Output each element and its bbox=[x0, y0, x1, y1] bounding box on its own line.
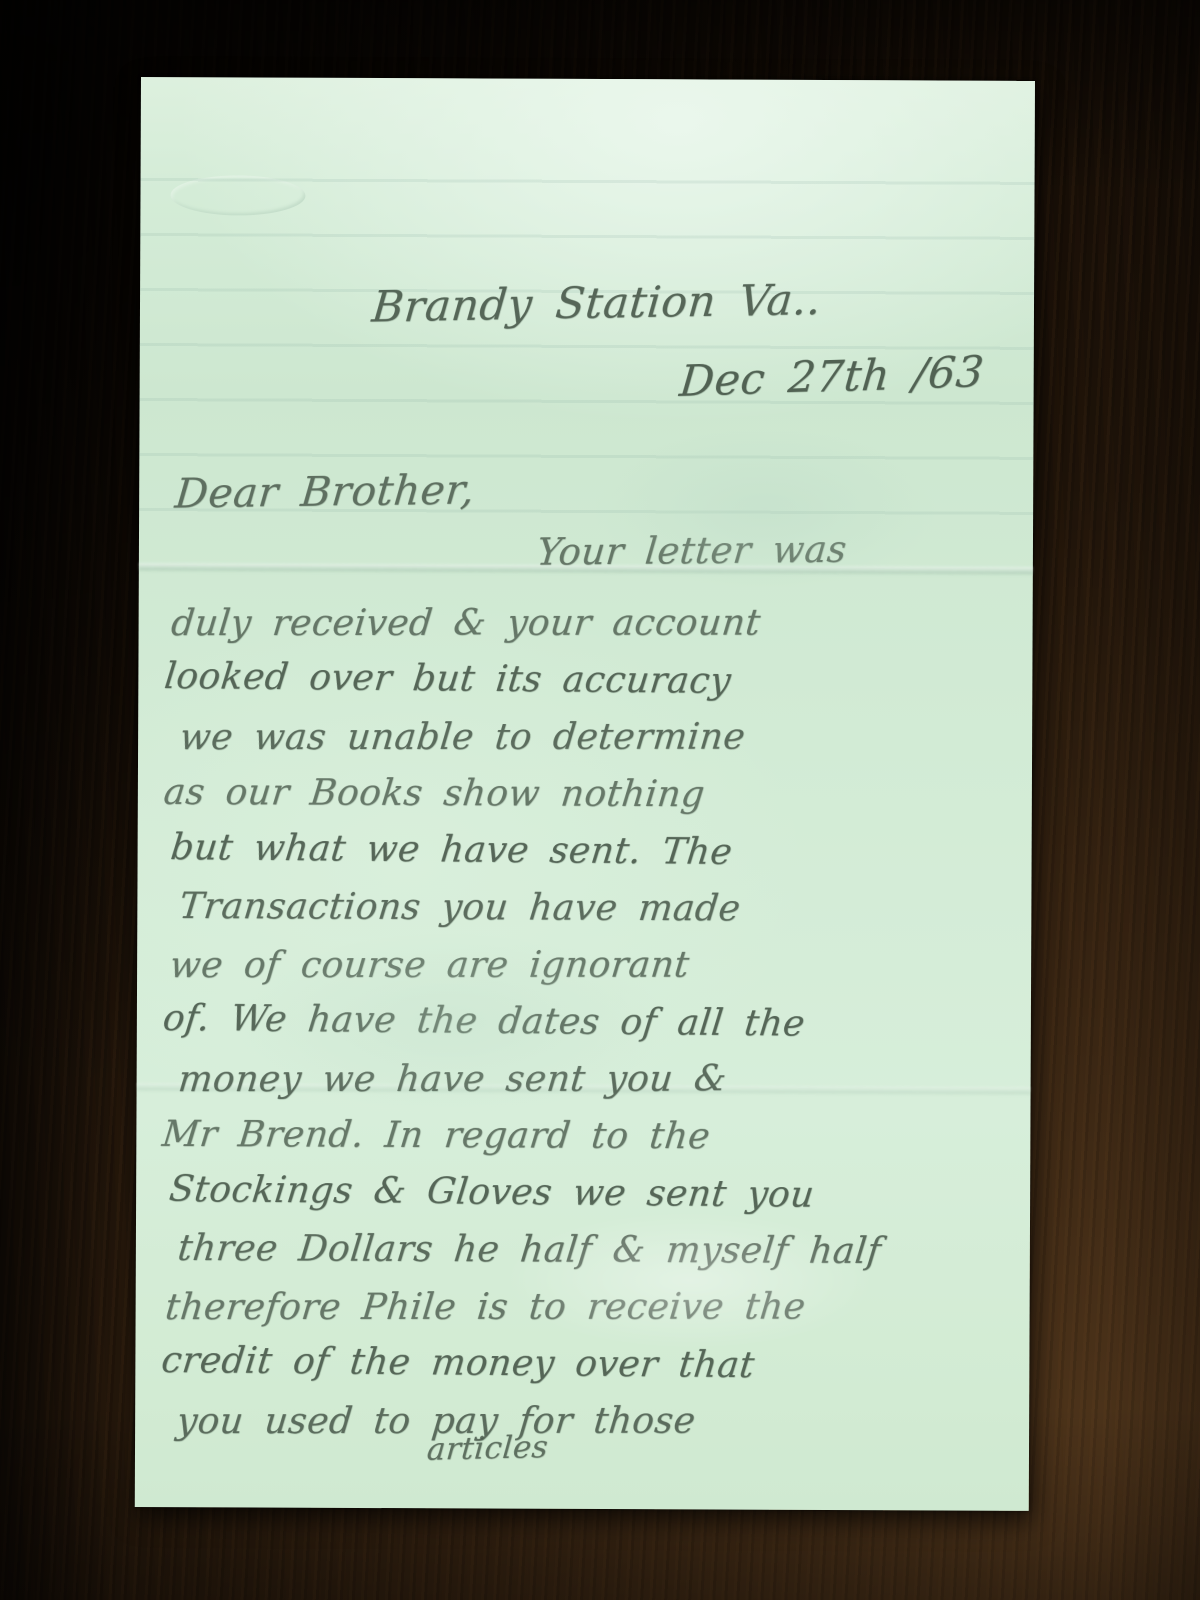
opening-line: Your letter was bbox=[535, 528, 849, 574]
body-line: of. We have the dates of all the bbox=[160, 990, 1016, 1054]
body-line: as our Books show nothing bbox=[161, 764, 1017, 825]
trailing-word: articles bbox=[426, 1429, 550, 1468]
photo-background: Brandy Station Va.. Dec 27th /63 Dear Br… bbox=[0, 0, 1200, 1600]
body-line: Stockings & Gloves we sent you bbox=[166, 1161, 1015, 1225]
body-line: we was unable to determine bbox=[177, 709, 1017, 767]
body-line: Mr Brend. In regard to the bbox=[159, 1106, 1015, 1167]
body-line: you used to pay for those bbox=[174, 1393, 1014, 1451]
letter-paper: Brandy Station Va.. Dec 27th /63 Dear Br… bbox=[135, 77, 1035, 1511]
body-line: Transactions you have made bbox=[176, 878, 1016, 939]
heading-date: Dec 27th /63 bbox=[677, 347, 986, 406]
body-line: credit of the money over that bbox=[158, 1332, 1014, 1396]
body-line: money we have sent you & bbox=[175, 1051, 1015, 1109]
body-line: duly received & your account bbox=[168, 595, 1017, 653]
body-line: therefore Phile is to receive the bbox=[162, 1279, 1014, 1337]
body-line: looked over but its accuracy bbox=[161, 648, 1017, 712]
body-line: three Dollars he half & myself half bbox=[175, 1220, 1015, 1281]
heading-place: Brandy Station Va.. bbox=[370, 275, 824, 333]
letter-body: duly received & your account looked over… bbox=[161, 593, 1015, 1452]
body-line: we of course are ignorant bbox=[167, 937, 1016, 995]
body-line: but what we have sent. The bbox=[168, 819, 1017, 883]
salutation: Dear Brother, bbox=[173, 466, 477, 518]
